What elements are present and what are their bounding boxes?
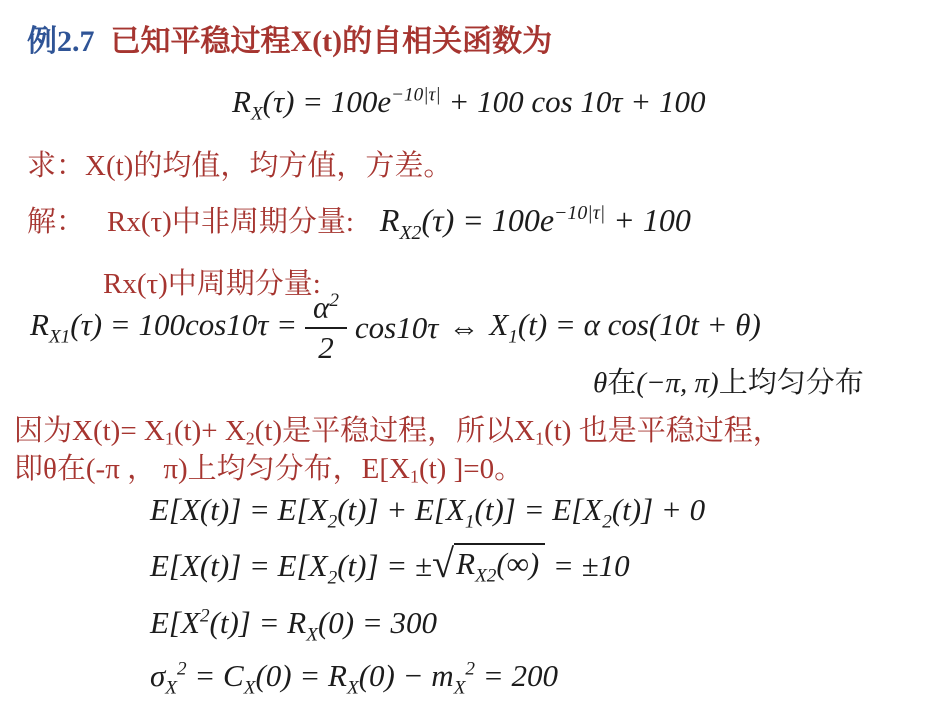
formula-rx2-exponent: −10|τ| bbox=[554, 202, 605, 224]
solution-line: 解：Rx(τ)中非周期分量:RX2(τ) = 100e−10|τ| + 100 bbox=[27, 199, 691, 245]
eq3-t2: (0) = 300 bbox=[318, 605, 437, 640]
formula-rx2-mid: (τ) = 100e bbox=[421, 202, 554, 238]
expl1-t1: (t)+ X bbox=[174, 415, 246, 447]
formula-rx1-lhs: RX1(τ) = 100cos10τ = bbox=[30, 307, 297, 349]
explanation-line-2: 即θ在(-π ， π)上均匀分布，E[X1(t) ]=0。 bbox=[14, 446, 523, 487]
nonperiodic-label: Rx(τ)中非周期分量: bbox=[107, 206, 354, 238]
formula-rx2-subscript: X2 bbox=[399, 222, 421, 244]
alpha-exponent: 2 bbox=[329, 290, 339, 311]
formula-rx-tail: + 100 cos 10τ + 100 bbox=[441, 84, 706, 119]
eq1-sub0: 2 bbox=[328, 512, 338, 533]
fraction-denominator: 2 bbox=[305, 329, 347, 365]
eq2-t2: = ±10 bbox=[545, 548, 629, 583]
fraction-numerator: α2 bbox=[305, 291, 347, 329]
theta-symbol: θ bbox=[593, 367, 607, 399]
eq4-sup1: 2 bbox=[465, 658, 475, 679]
radical-sign: √ bbox=[432, 544, 454, 584]
question-line: 求：X(t)的均值，均方值，方差。 bbox=[27, 143, 452, 184]
expl2-sub0: 1 bbox=[410, 466, 419, 486]
formula-rx1-mid: (τ) = 100cos10τ = bbox=[70, 307, 297, 342]
expl1-sub2: 1 bbox=[535, 428, 544, 448]
iff-symbol: ⇔ bbox=[448, 310, 479, 346]
formula-rx1-subscript: X1 bbox=[49, 327, 70, 348]
formula-rx-mid: (τ) = 100e bbox=[263, 84, 391, 119]
formula-rx1-symbol: R bbox=[30, 307, 49, 342]
equation-mean-decomposition: E[X(t)] = E[X2(t)] + E[X1(t)] = E[X2(t)]… bbox=[150, 492, 705, 534]
eq1-t3: (t)] + 0 bbox=[612, 492, 705, 527]
eq4-t3: (0) − m bbox=[359, 658, 454, 693]
eq3-sup0: 2 bbox=[200, 605, 210, 626]
formula-rx2: RX2(τ) = 100e−10|τ| + 100 bbox=[380, 202, 691, 238]
eq4-t2: (0) = R bbox=[255, 658, 347, 693]
eq2-rad-subscript: X2 bbox=[475, 566, 496, 587]
x1-subscript: 1 bbox=[508, 327, 518, 348]
example-number-label: 例2.7 bbox=[27, 25, 95, 58]
eq4-sub3: X bbox=[454, 678, 466, 699]
equation-mean-value: E[X(t)] = E[X2(t)] = ±√RX2(∞) = ±10 bbox=[150, 543, 630, 590]
solve-label: 解： bbox=[27, 206, 85, 238]
formula-rx2-symbol: R bbox=[380, 202, 400, 238]
eq2-rad-symbol: R bbox=[456, 546, 475, 581]
explanation-line-1: 因为X(t)= X1(t)+ X2(t)是平稳过程，所以X1(t) 也是平稳过程… bbox=[14, 408, 782, 449]
formula-rx2-tail: + 100 bbox=[605, 202, 691, 238]
theta-note-interval: (−π, π) bbox=[636, 367, 718, 399]
alpha-symbol: α bbox=[313, 290, 329, 325]
formula-rx1-tail: (t) = α cos(10t + θ) bbox=[518, 307, 761, 342]
expl2-t0: 即θ在(-π ， π)上均匀分布，E[X bbox=[14, 453, 410, 485]
eq1-sub2: 2 bbox=[602, 512, 612, 533]
expl1-t0: 因为X(t)= X bbox=[14, 415, 165, 447]
eq4-sub1: X bbox=[244, 678, 256, 699]
eq1-sub1: 1 bbox=[465, 512, 475, 533]
title-text: 已知平稳过程X(t)的自相关函数为 bbox=[111, 25, 553, 58]
equation-variance: σX2 = CX(0) = RX(0) − mX2 = 200 bbox=[150, 658, 558, 700]
eq2-sub0: 2 bbox=[328, 568, 338, 589]
eq3-sub0: X bbox=[306, 625, 318, 646]
eq4-t4: = 200 bbox=[475, 658, 558, 693]
eq4-t1: = C bbox=[187, 658, 244, 693]
eq4-sub0: X bbox=[165, 678, 177, 699]
eq4-sigma: σ bbox=[150, 658, 165, 693]
formula-rx-subscript: X bbox=[251, 104, 263, 125]
eq1-t1: (t)] + E[X bbox=[337, 492, 465, 527]
lecture-slide: 例2.7已知平稳过程X(t)的自相关函数为 RX(τ) = 100e−10|τ|… bbox=[0, 0, 935, 722]
eq2-t0: E[X(t)] = E[X bbox=[150, 548, 328, 583]
theta-distribution-note: θ在(−π, π)上均匀分布 bbox=[593, 360, 864, 401]
x1-symbol: X bbox=[489, 307, 508, 342]
theta-note-tail: 上均匀分布 bbox=[719, 367, 864, 399]
eq1-t2: (t)] = E[X bbox=[475, 492, 603, 527]
formula-autocorrelation: RX(τ) = 100e−10|τ| + 100 cos 10τ + 100 bbox=[232, 84, 705, 126]
page-title: 例2.7已知平稳过程X(t)的自相关函数为 bbox=[27, 16, 552, 60]
eq2-rad-arg: (∞) bbox=[496, 546, 539, 581]
theta-note-zai: 在 bbox=[607, 367, 636, 399]
equation-mean-square: E[X2(t)] = RX(0) = 300 bbox=[150, 605, 437, 647]
expl1-t2: (t)是平稳过程，所以X bbox=[255, 415, 535, 447]
formula-rx1-cos-term: cos10τ bbox=[355, 310, 438, 346]
radicand: RX2(∞) bbox=[454, 543, 545, 588]
formula-rx-symbol: R bbox=[232, 84, 251, 119]
fraction-alpha-squared-over-2: α2 2 bbox=[305, 291, 347, 365]
eq3-t0: E[X bbox=[150, 605, 200, 640]
eq2-t1: (t)] = ± bbox=[337, 548, 432, 583]
formula-periodic-component: RX1(τ) = 100cos10τ = α2 2 cos10τ ⇔ X1(t)… bbox=[30, 286, 761, 370]
eq3-t1: (t)] = R bbox=[210, 605, 307, 640]
formula-rx1-rhs: X1(t) = α cos(10t + θ) bbox=[489, 307, 760, 349]
eq4-sub2: X bbox=[347, 678, 359, 699]
expl1-t3: (t) 也是平稳过程， bbox=[544, 415, 782, 447]
eq4-sup0: 2 bbox=[177, 658, 187, 679]
square-root: √RX2(∞) bbox=[432, 543, 545, 588]
eq1-t0: E[X(t)] = E[X bbox=[150, 492, 328, 527]
expl2-t1: (t) ]=0。 bbox=[419, 453, 523, 485]
formula-rx-exponent: −10|τ| bbox=[391, 84, 441, 105]
